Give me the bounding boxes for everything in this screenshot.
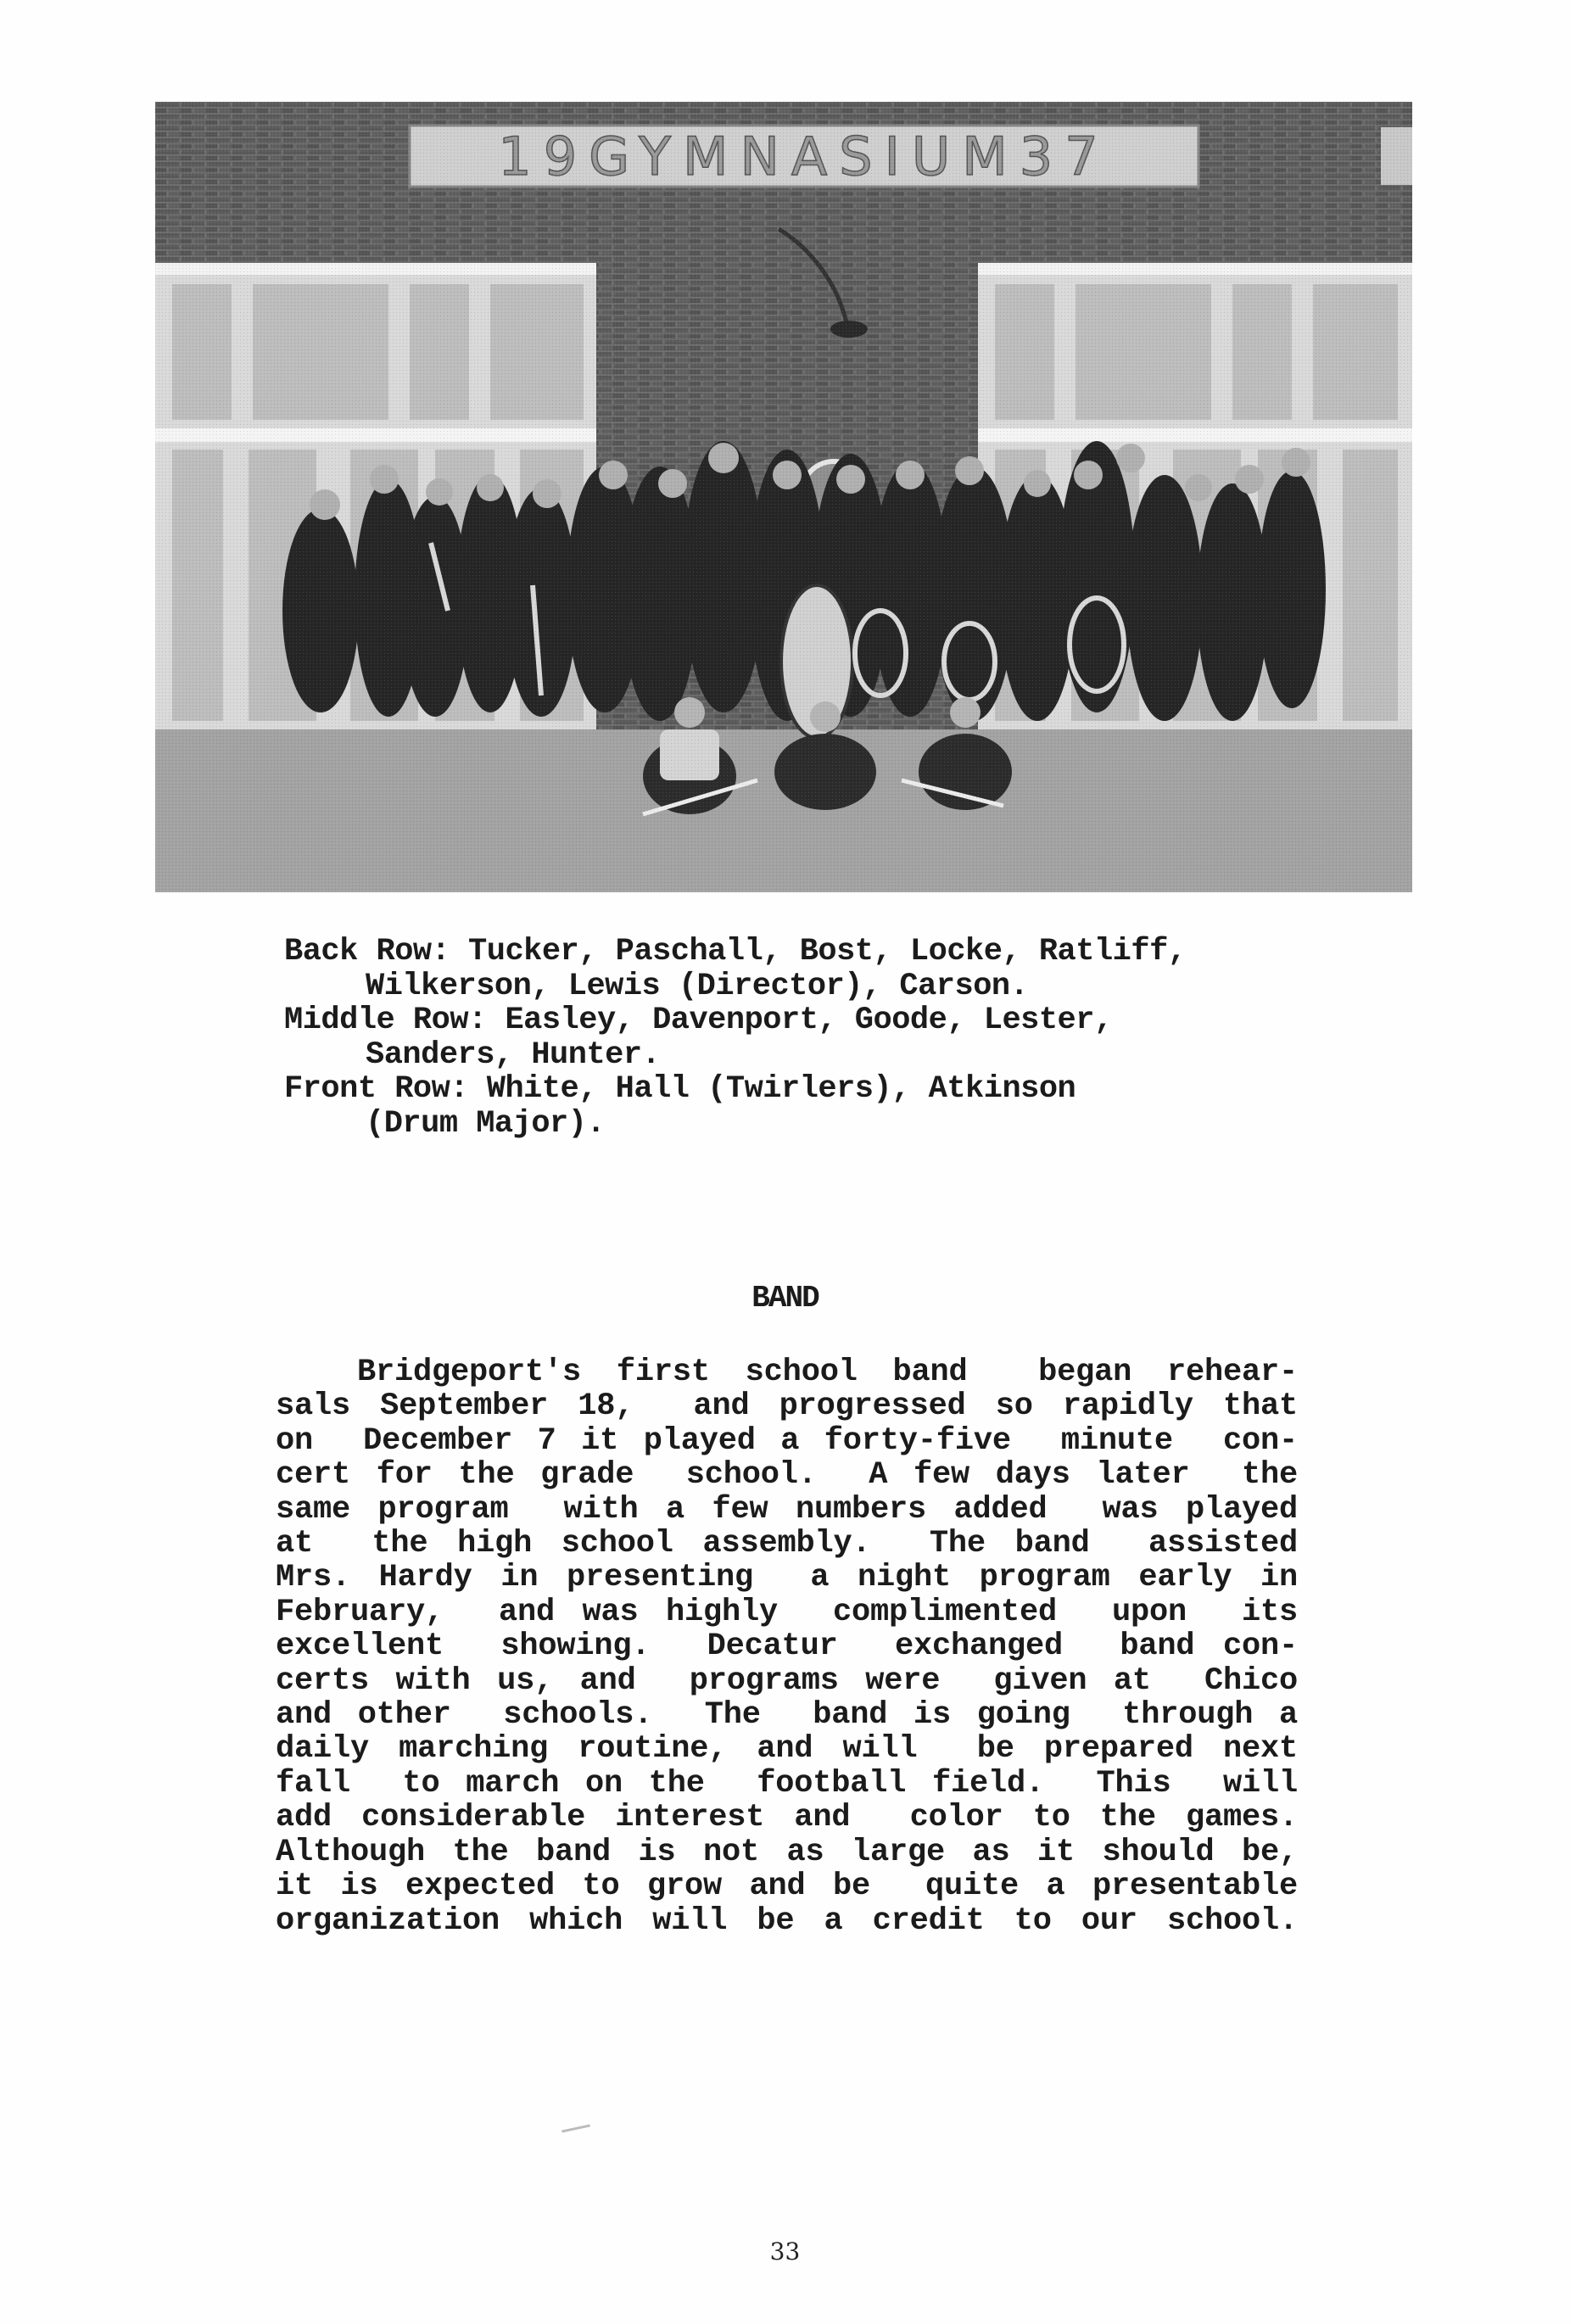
- body-line: and other schools. The band is going thr…: [276, 1698, 1298, 1732]
- section-heading: BAND: [0, 1281, 1570, 1316]
- body-line: at the high school assembly. The band as…: [276, 1527, 1298, 1561]
- body-line: February, and was highly complimented up…: [276, 1595, 1298, 1629]
- page-number: 33: [0, 2237, 1570, 2265]
- body-line: organization which will be a credit to o…: [276, 1904, 1298, 1938]
- body-line: excellent showing. Decatur exchanged ban…: [276, 1629, 1298, 1663]
- caption-line: Back Row: Tucker, Paschall, Bost, Locke,…: [284, 935, 1302, 969]
- body-line: daily marching routine, and will be prep…: [276, 1732, 1298, 1766]
- caption-line: Front Row: White, Hall (Twirlers), Atkin…: [284, 1072, 1302, 1107]
- photo-caption: Back Row: Tucker, Paschall, Bost, Locke,…: [284, 935, 1302, 1141]
- body-line: add considerable interest and color to t…: [276, 1801, 1298, 1835]
- ink-smudge: [562, 2124, 590, 2132]
- body-line: Mrs. Hardy in presenting a night program…: [276, 1561, 1298, 1595]
- body-line: on December 7 it played a forty-five min…: [276, 1424, 1298, 1458]
- yearbook-page: 19GYMNASIUM37: [0, 0, 1570, 2324]
- body-line: fall to march on the football field. Thi…: [276, 1767, 1298, 1801]
- body-line: cert for the grade school. A few days la…: [276, 1458, 1298, 1492]
- caption-line: (Drum Major).: [284, 1107, 1302, 1142]
- body-line: it is expected to grow and be quite a pr…: [276, 1869, 1298, 1903]
- caption-line: Middle Row: Easley, Davenport, Goode, Le…: [284, 1003, 1302, 1038]
- body-line: same program with a few numbers added wa…: [276, 1493, 1298, 1527]
- caption-line: Wilkerson, Lewis (Director), Carson.: [284, 969, 1302, 1004]
- caption-line: Sanders, Hunter.: [284, 1038, 1302, 1073]
- band-photo: 19GYMNASIUM37: [155, 102, 1412, 892]
- body-line: sals September 18, and progressed so rap…: [276, 1389, 1298, 1423]
- body-line: Bridgeport's first school band began reh…: [276, 1355, 1298, 1389]
- article-body: Bridgeport's first school band began reh…: [276, 1355, 1298, 1938]
- band-photo-illustration: 19GYMNASIUM37: [155, 102, 1412, 892]
- body-line: Although the band is not as large as it …: [276, 1835, 1298, 1869]
- body-line: certs with us, and programs were given a…: [276, 1664, 1298, 1698]
